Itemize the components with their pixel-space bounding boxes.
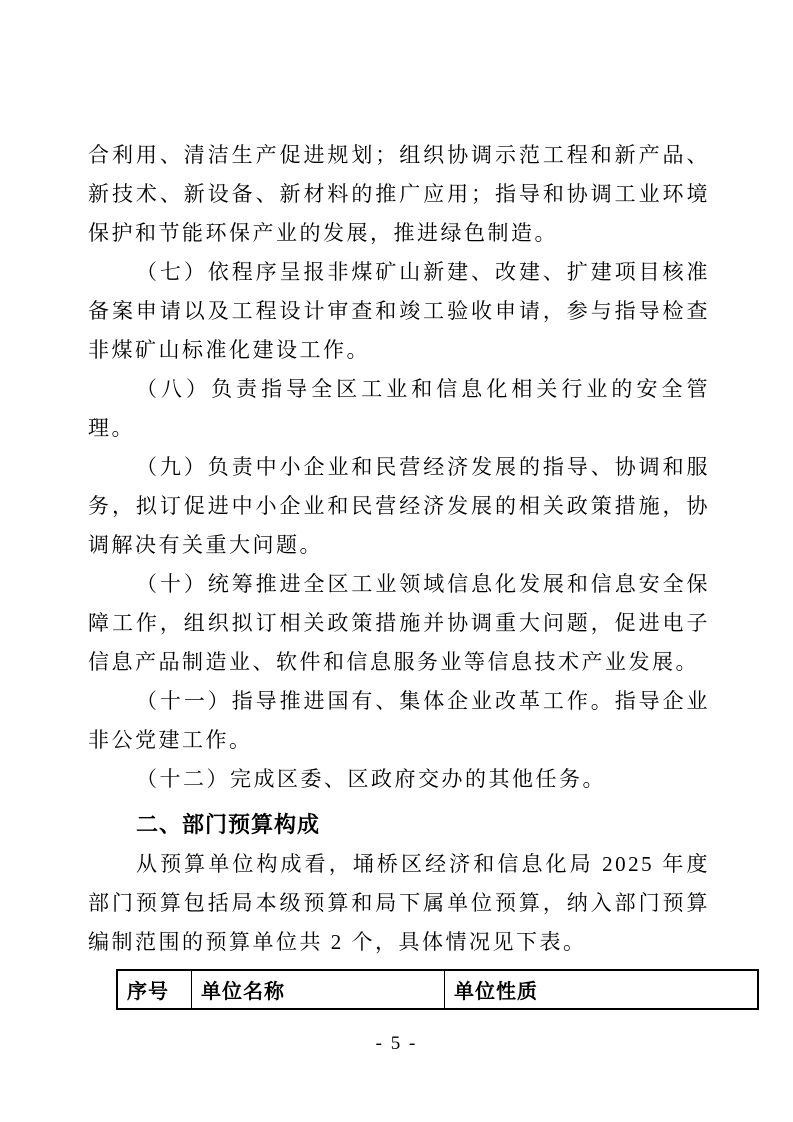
paragraph-item-7: （七）依程序呈报非煤矿山新建、改建、扩建项目核准备案申请以及工程设计审查和竣工验… — [88, 253, 710, 370]
page-number: - 5 - — [0, 1033, 793, 1055]
table-header-row: 序号 单位名称 单位性质 — [117, 970, 758, 1009]
table-header-unit-type: 单位性质 — [445, 970, 759, 1009]
budget-units-table: 序号 单位名称 单位性质 — [116, 969, 759, 1010]
section-heading: 二、部门预算构成 — [88, 805, 710, 845]
section-intro-paragraph: 从预算单位构成看，埇桥区经济和信息化局 2025 年度部门预算包括局本级预算和局… — [88, 845, 710, 962]
table-header-seq: 序号 — [117, 970, 192, 1009]
page-body: 合利用、清洁生产促进规划；组织协调示范工程和新产品、新技术、新设备、新材料的推广… — [88, 136, 710, 1010]
paragraph-item-12: （十二）完成区委、区政府交办的其他任务。 — [88, 760, 710, 799]
document-page: 合利用、清洁生产促进规划；组织协调示范工程和新产品、新技术、新设备、新材料的推广… — [0, 0, 793, 1122]
paragraph-item-11: （十一）指导推进国有、集体企业改革工作。指导企业非公党建工作。 — [88, 682, 710, 760]
paragraph-continuation: 合利用、清洁生产促进规划；组织协调示范工程和新产品、新技术、新设备、新材料的推广… — [88, 136, 710, 253]
paragraph-item-9: （九）负责中小企业和民营经济发展的指导、协调和服务，拟订促进中小企业和民营经济发… — [88, 448, 710, 565]
table-header-unit-name: 单位名称 — [192, 970, 445, 1009]
paragraph-item-10: （十）统筹推进全区工业领域信息化发展和信息安全保障工作，组织拟订相关政策措施并协… — [88, 565, 710, 682]
paragraph-item-8: （八）负责指导全区工业和信息化相关行业的安全管理。 — [88, 370, 710, 448]
